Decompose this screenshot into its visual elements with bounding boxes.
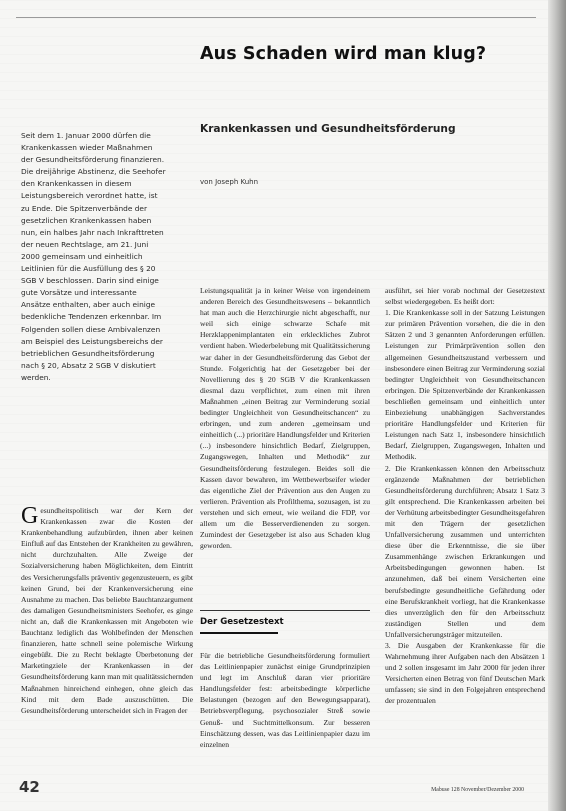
page-edge-shadow: [548, 0, 566, 811]
body-paragraph: ausführt, sei hier vorab nochmal der Ges…: [385, 285, 545, 307]
top-rule-divider: [16, 17, 536, 18]
body-column-1: Gesundheitspolitisch war der Kern der Kr…: [21, 505, 193, 716]
body-text: esundheitspolitisch war der Kern der Kra…: [21, 506, 193, 715]
footer-citation: Mabuse 128 November/Dezember 2000: [431, 787, 524, 793]
section-heading: Der Gesetzestext: [200, 617, 284, 627]
law-clause: 1. Die Krankenkasse soll in der Satzung …: [385, 307, 545, 462]
law-clause: 3. Die Ausgaben der Krankenkasse für die…: [385, 640, 545, 707]
magazine-page: Aus Schaden wird man klug? Krankenkassen…: [0, 0, 548, 811]
section-heading-underline: [200, 632, 278, 634]
article-title: Aus Schaden wird man klug?: [200, 44, 486, 64]
drop-cap: G: [21, 506, 38, 526]
article-subtitle: Krankenkassen und Gesundheitsförderung: [200, 123, 456, 135]
page-number: 42: [19, 778, 40, 796]
body-column-3: ausführt, sei hier vorab nochmal der Ges…: [385, 285, 545, 707]
body-paragraph: Leistungsqualität ja in keiner Weise von…: [200, 285, 370, 551]
article-intro: Seit dem 1. Januar 2000 dürfen die Krank…: [21, 130, 166, 384]
section-divider: [200, 610, 370, 611]
article-author: von Joseph Kuhn: [200, 178, 258, 186]
body-paragraph: Gesundheitspolitisch war der Kern der Kr…: [21, 505, 193, 716]
body-paragraph: Für die betriebliche Gesundheitsförderun…: [200, 650, 370, 750]
body-column-2-continued: Für die betriebliche Gesundheitsförderun…: [200, 650, 370, 750]
law-clause: 2. Die Krankenkassen können den Arbeitss…: [385, 463, 545, 641]
body-column-2: Leistungsqualität ja in keiner Weise von…: [200, 285, 370, 551]
